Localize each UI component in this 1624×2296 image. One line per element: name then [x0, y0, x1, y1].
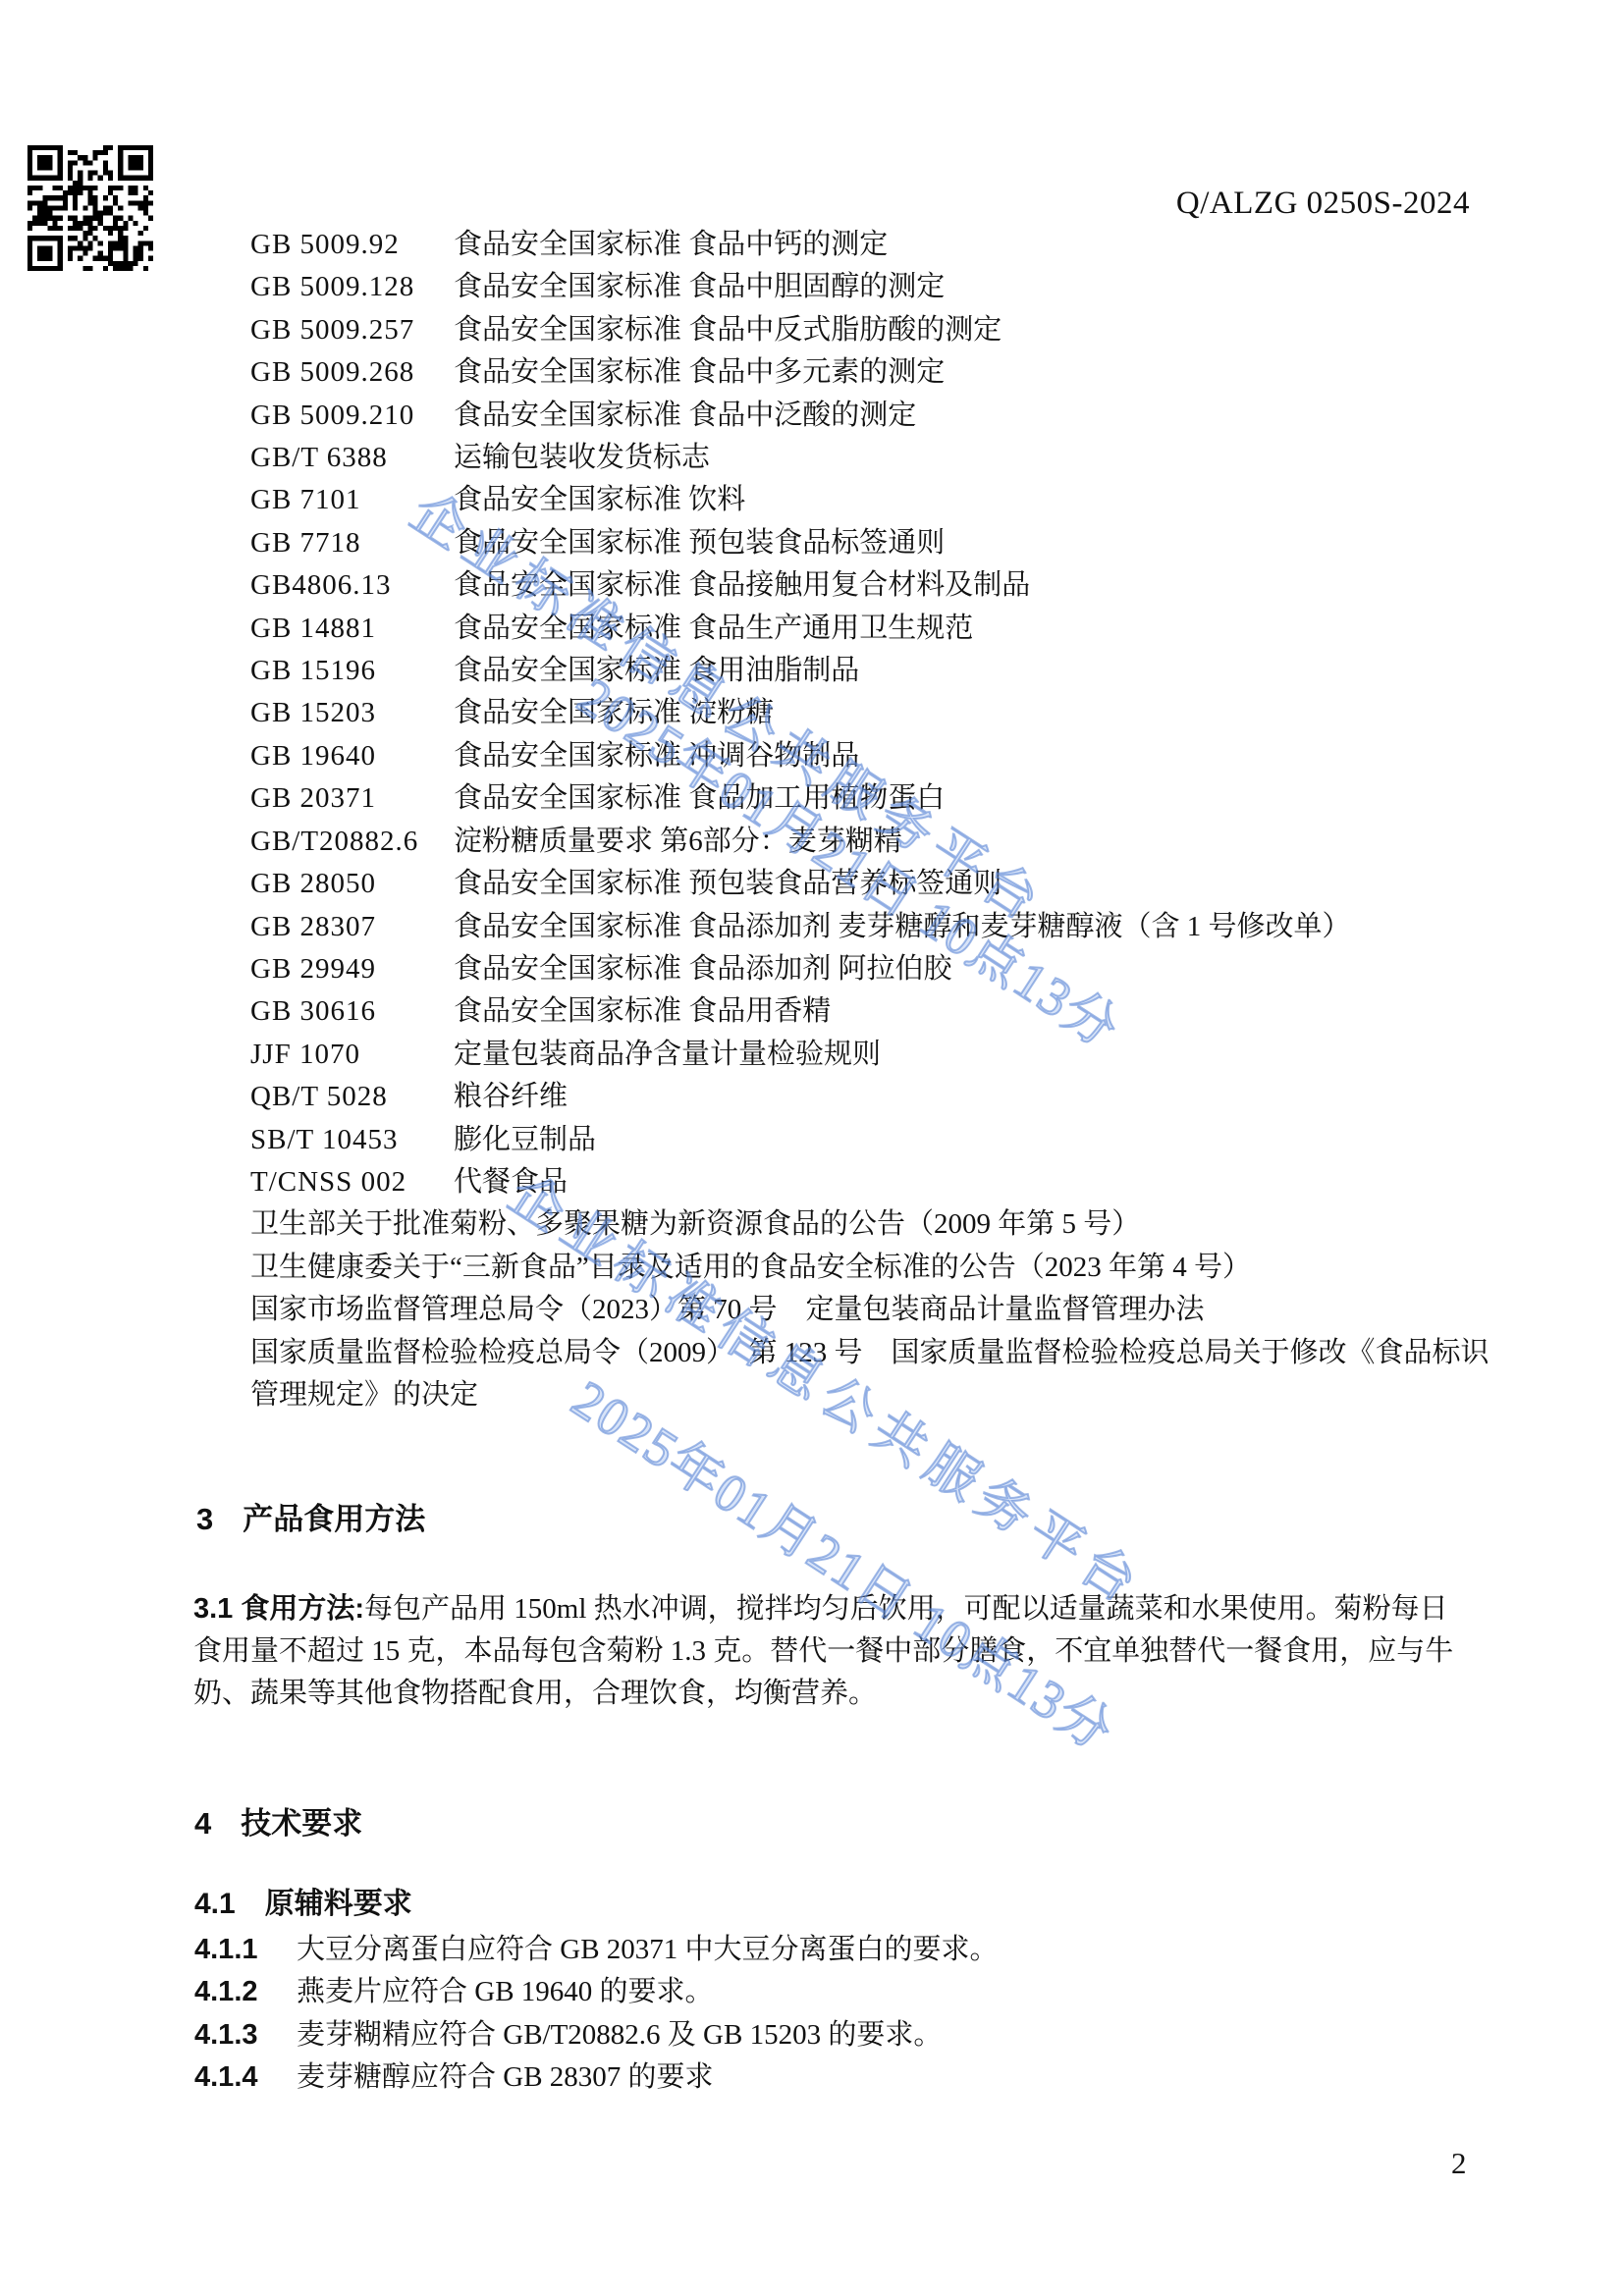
standard-title: 食品安全国家标准 饮料 — [454, 484, 745, 515]
standard-row: GB 28307食品安全国家标准 食品添加剂 麦芽糖醇和麦芽糖醇液（含 1 号修… — [250, 906, 1489, 948]
clause-text: 大豆分离蛋白应符合 GB 20371 中大豆分离蛋白的要求。 — [297, 1934, 999, 1965]
standard-title: 食品安全国家标准 食品中多元素的测定 — [454, 356, 945, 388]
standard-title: 食品安全国家标准 食品加工用植物蛋白 — [454, 782, 945, 814]
standard-row: JJF 1070定量包装商品净含量计量检验规则 — [250, 1034, 1489, 1076]
standard-row: GB/T20882.6淀粉糖质量要求 第6部分：麦芽糊精 — [250, 821, 1489, 863]
doc-code: Q/ALZG 0250S-2024 — [1176, 186, 1470, 222]
clause-number: 4.1.1 — [194, 1929, 297, 1971]
standard-title: 定量包装商品净含量计量检验规则 — [454, 1039, 881, 1070]
standard-code: GB 15203 — [250, 692, 454, 734]
standard-row: GB 20371食品安全国家标准 食品加工用植物蛋白 — [250, 777, 1489, 820]
page-number: 2 — [1451, 2146, 1467, 2181]
standard-code: GB 7718 — [250, 522, 454, 564]
standard-row: GB 5009.268食品安全国家标准 食品中多元素的测定 — [250, 351, 1489, 394]
section-3-number: 3 — [196, 1502, 213, 1536]
section-4-1-heading: 4.1原辅料要求 — [194, 1883, 412, 1926]
standard-title: 食品安全国家标准 食品中钙的测定 — [454, 229, 888, 260]
standard-code: GB 29949 — [250, 948, 454, 990]
notice-line: 国家市场监督管理总局令（2023）第 70 号 定量包装商品计量监督管理办法 — [250, 1289, 1489, 1331]
clause-row: 4.1.4麦芽糖醇应符合 GB 28307 的要求 — [194, 2056, 999, 2099]
standards-list: GB 5009.92食品安全国家标准 食品中钙的测定 GB 5009.128食品… — [250, 224, 1489, 1416]
standard-code: GB 20371 — [250, 777, 454, 820]
standard-code: GB 5009.92 — [250, 224, 454, 266]
standard-row: GB4806.13食品安全国家标准 食品接触用复合材料及制品 — [250, 564, 1489, 607]
standard-code: GB 28050 — [250, 863, 454, 905]
standard-row: GB 5009.92食品安全国家标准 食品中钙的测定 — [250, 224, 1489, 266]
standard-code: GB 15196 — [250, 650, 454, 692]
standard-title: 食品安全国家标准 食品接触用复合材料及制品 — [454, 569, 1030, 601]
standard-title: 食品安全国家标准 淀粉糖 — [454, 697, 774, 728]
standard-title: 食品安全国家标准 食品添加剂 阿拉伯胶 — [454, 953, 952, 985]
standard-row: GB/T 6388运输包装收发货标志 — [250, 437, 1489, 479]
section-3-title: 产品食用方法 — [243, 1502, 425, 1536]
standard-title: 食品安全国家标准 食品中胆固醇的测定 — [454, 271, 945, 302]
standard-title: 食品安全国家标准 食品用香精 — [454, 995, 831, 1027]
notice-line: 管理规定》的决定 — [250, 1374, 1489, 1416]
standard-row: GB 30616食品安全国家标准 食品用香精 — [250, 990, 1489, 1033]
standard-row: GB 15196食品安全国家标准 食用油脂制品 — [250, 650, 1489, 692]
standard-code: GB 5009.268 — [250, 351, 454, 394]
document-page: Q/ALZG 0250S-2024 GB 5009.92食品安全国家标准 食品中… — [0, 0, 1624, 2296]
standard-code: SB/T 10453 — [250, 1119, 454, 1161]
standard-code: GB 5009.128 — [250, 266, 454, 308]
standard-title: 食品安全国家标准 预包装食品营养标签通则 — [454, 868, 1001, 899]
clause-text: 麦芽糖醇应符合 GB 28307 的要求 — [297, 2061, 714, 2093]
standard-code: QB/T 5028 — [250, 1076, 454, 1118]
clause-row: 4.1.2燕麦片应符合 GB 19640 的要求。 — [194, 1971, 999, 2013]
section-4-1-number: 4.1 — [194, 1888, 236, 1920]
section-3-heading: 3产品食用方法 — [196, 1498, 425, 1541]
standard-title: 食品安全国家标准 食品添加剂 麦芽糖醇和麦芽糖醇液（含 1 号修改单） — [454, 911, 1351, 942]
standard-row: QB/T 5028粮谷纤维 — [250, 1076, 1489, 1118]
section-3-1-paragraph: 3.1 食用方法:每包产品用 150ml 热水冲调，搅拌均匀后饮用，可配以适量蔬… — [193, 1588, 1453, 1716]
standard-row: GB 19640食品安全国家标准 冲调谷物制品 — [250, 735, 1489, 777]
standard-code: GB 14881 — [250, 608, 454, 650]
standard-code: GB 5009.210 — [250, 395, 454, 437]
standard-title: 代餐食品 — [454, 1166, 568, 1198]
clause-row: 4.1.1大豆分离蛋白应符合 GB 20371 中大豆分离蛋白的要求。 — [194, 1929, 999, 1971]
standard-code: GB 28307 — [250, 906, 454, 948]
standard-row: GB 14881食品安全国家标准 食品生产通用卫生规范 — [250, 608, 1489, 650]
standard-code: T/CNSS 002 — [250, 1161, 454, 1203]
paragraph-line: 食用量不超过 15 克，本品每包含菊粉 1.3 克。替代一餐中部分膳食，不宜单独… — [193, 1630, 1453, 1673]
standard-code: GB 19640 — [250, 735, 454, 777]
clause-text: 麦芽糊精应符合 GB/T20882.6 及 GB 15203 的要求。 — [297, 2019, 942, 2051]
standard-row: SB/T 10453膨化豆制品 — [250, 1119, 1489, 1161]
standard-title: 食品安全国家标准 食用油脂制品 — [454, 655, 859, 686]
standard-row: GB 5009.128食品安全国家标准 食品中胆固醇的测定 — [250, 266, 1489, 308]
section-4-1-items: 4.1.1大豆分离蛋白应符合 GB 20371 中大豆分离蛋白的要求。 4.1.… — [194, 1929, 999, 2100]
standard-title: 食品安全国家标准 食品生产通用卫生规范 — [454, 613, 973, 644]
standard-title: 食品安全国家标准 食品中反式脂肪酸的测定 — [454, 314, 1001, 346]
standard-title: 食品安全国家标准 食品中泛酸的测定 — [454, 400, 916, 431]
standard-row: T/CNSS 002代餐食品 — [250, 1161, 1489, 1203]
standard-code: GB 7101 — [250, 479, 454, 521]
standard-title: 运输包装收发货标志 — [454, 442, 710, 473]
standard-code: GB/T 6388 — [250, 437, 454, 479]
standard-code: GB 30616 — [250, 990, 454, 1033]
standard-code: GB 5009.257 — [250, 309, 454, 351]
paragraph-line: 奶、蔬果等其他食物搭配食用，合理饮食，均衡营养。 — [193, 1673, 1453, 1715]
standard-code: JJF 1070 — [250, 1034, 454, 1076]
standard-row: GB 28050食品安全国家标准 预包装食品营养标签通则 — [250, 863, 1489, 905]
notice-line: 国家质量监督检验检疫总局令（2009） 第 123 号 国家质量监督检验检疫总局… — [250, 1332, 1489, 1374]
clause-row: 4.1.3麦芽糊精应符合 GB/T20882.6 及 GB 15203 的要求。 — [194, 2014, 999, 2056]
clause-number: 4.1.4 — [194, 2056, 297, 2099]
clause-3-1-number: 3.1 — [193, 1593, 233, 1625]
paragraph-line: 3.1 食用方法:每包产品用 150ml 热水冲调，搅拌均匀后饮用，可配以适量蔬… — [193, 1588, 1453, 1630]
standard-row: GB 7718食品安全国家标准 预包装食品标签通则 — [250, 522, 1489, 564]
clause-number: 4.1.2 — [194, 1971, 297, 2013]
standard-title: 膨化豆制品 — [454, 1124, 596, 1155]
standard-row: GB 29949食品安全国家标准 食品添加剂 阿拉伯胶 — [250, 948, 1489, 990]
standard-title: 粮谷纤维 — [454, 1081, 568, 1112]
section-4-heading: 4技术要求 — [194, 1802, 362, 1845]
clause-3-1-label: 食用方法: — [233, 1593, 364, 1625]
standard-title: 食品安全国家标准 预包装食品标签通则 — [454, 527, 945, 559]
section-4-1-title: 原辅料要求 — [265, 1888, 412, 1920]
qr-code — [27, 145, 153, 271]
standard-row: GB 15203食品安全国家标准 淀粉糖 — [250, 692, 1489, 734]
section-4-title: 技术要求 — [241, 1806, 362, 1841]
standard-row: GB 7101食品安全国家标准 饮料 — [250, 479, 1489, 521]
paragraph-text: 每包产品用 150ml 热水冲调，搅拌均匀后饮用，可配以适量蔬菜和水果使用。菊粉… — [364, 1593, 1448, 1625]
section-4-number: 4 — [194, 1806, 211, 1841]
notice-line: 卫生健康委关于“三新食品”目录及适用的食品安全标准的公告（2023 年第 4 号… — [250, 1247, 1489, 1289]
standard-row: GB 5009.257食品安全国家标准 食品中反式脂肪酸的测定 — [250, 309, 1489, 351]
standard-code: GB4806.13 — [250, 564, 454, 607]
standard-title: 食品安全国家标准 冲调谷物制品 — [454, 740, 859, 772]
notice-line: 卫生部关于批准菊粉、多聚果糖为新资源食品的公告（2009 年第 5 号） — [250, 1203, 1489, 1246]
standard-title: 淀粉糖质量要求 第6部分：麦芽糊精 — [454, 826, 902, 857]
standard-row: GB 5009.210食品安全国家标准 食品中泛酸的测定 — [250, 395, 1489, 437]
clause-number: 4.1.3 — [194, 2014, 297, 2056]
standard-code: GB/T20882.6 — [250, 821, 454, 863]
clause-text: 燕麦片应符合 GB 19640 的要求。 — [297, 1976, 714, 2007]
